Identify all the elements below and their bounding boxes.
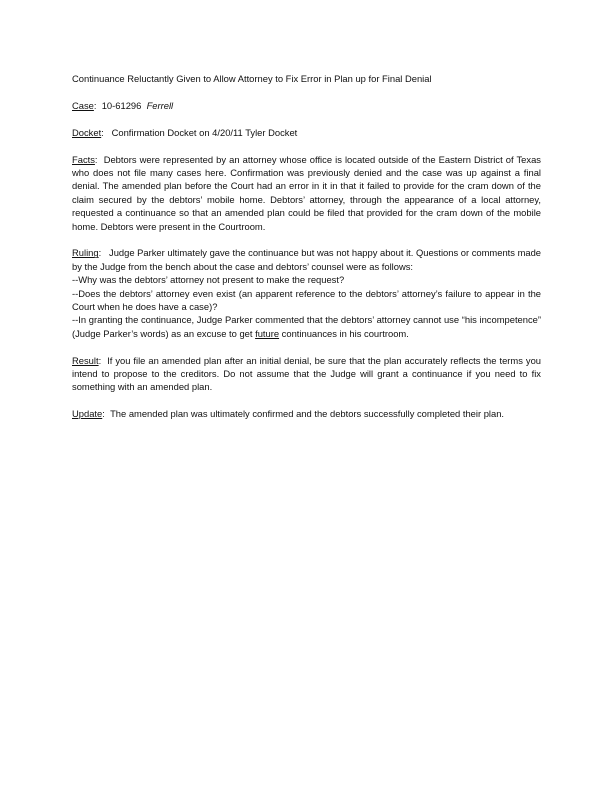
update-text: The amended plan was ultimately confirme…: [110, 408, 504, 419]
ruling-question-2: --Does the debtors’ attorney even exist …: [72, 287, 541, 314]
ruling-question-1: --Why was the debtors’ attorney not pres…: [72, 273, 541, 286]
update-label: Update: [72, 408, 102, 419]
document-page: Continuance Reluctantly Given to Allow A…: [72, 72, 541, 434]
case-number: 10-61296: [102, 100, 142, 111]
case-label: Case: [72, 100, 94, 111]
facts-label: Facts: [72, 154, 95, 165]
ruling-label: Ruling: [72, 247, 99, 258]
case-name: Ferrell: [147, 100, 174, 111]
facts-text: Debtors were represented by an attorney …: [72, 154, 541, 232]
ruling-comment-3-emphasis: future: [255, 328, 279, 339]
facts-paragraph: Facts: Debtors were represented by an at…: [72, 153, 541, 233]
case-line: Case: 10-61296 Ferrell: [72, 99, 541, 112]
ruling-comment-3-after: continuances in his courtroom.: [279, 328, 409, 339]
docket-label: Docket: [72, 127, 101, 138]
ruling-intro: Judge Parker ultimately gave the continu…: [72, 247, 541, 271]
ruling-intro-line: Ruling: Judge Parker ultimately gave the…: [72, 246, 541, 273]
docket-line: Docket: Confirmation Docket on 4/20/11 T…: [72, 126, 541, 139]
ruling-section: Ruling: Judge Parker ultimately gave the…: [72, 246, 541, 340]
result-paragraph: Result: If you file an amended plan afte…: [72, 354, 541, 394]
docket-text: Confirmation Docket on 4/20/11 Tyler Doc…: [112, 127, 298, 138]
result-label: Result: [72, 355, 99, 366]
update-paragraph: Update: The amended plan was ultimately …: [72, 407, 541, 420]
result-text: If you file an amended plan after an ini…: [72, 355, 541, 393]
ruling-comment-3: --In granting the continuance, Judge Par…: [72, 313, 541, 340]
document-title: Continuance Reluctantly Given to Allow A…: [72, 72, 541, 85]
